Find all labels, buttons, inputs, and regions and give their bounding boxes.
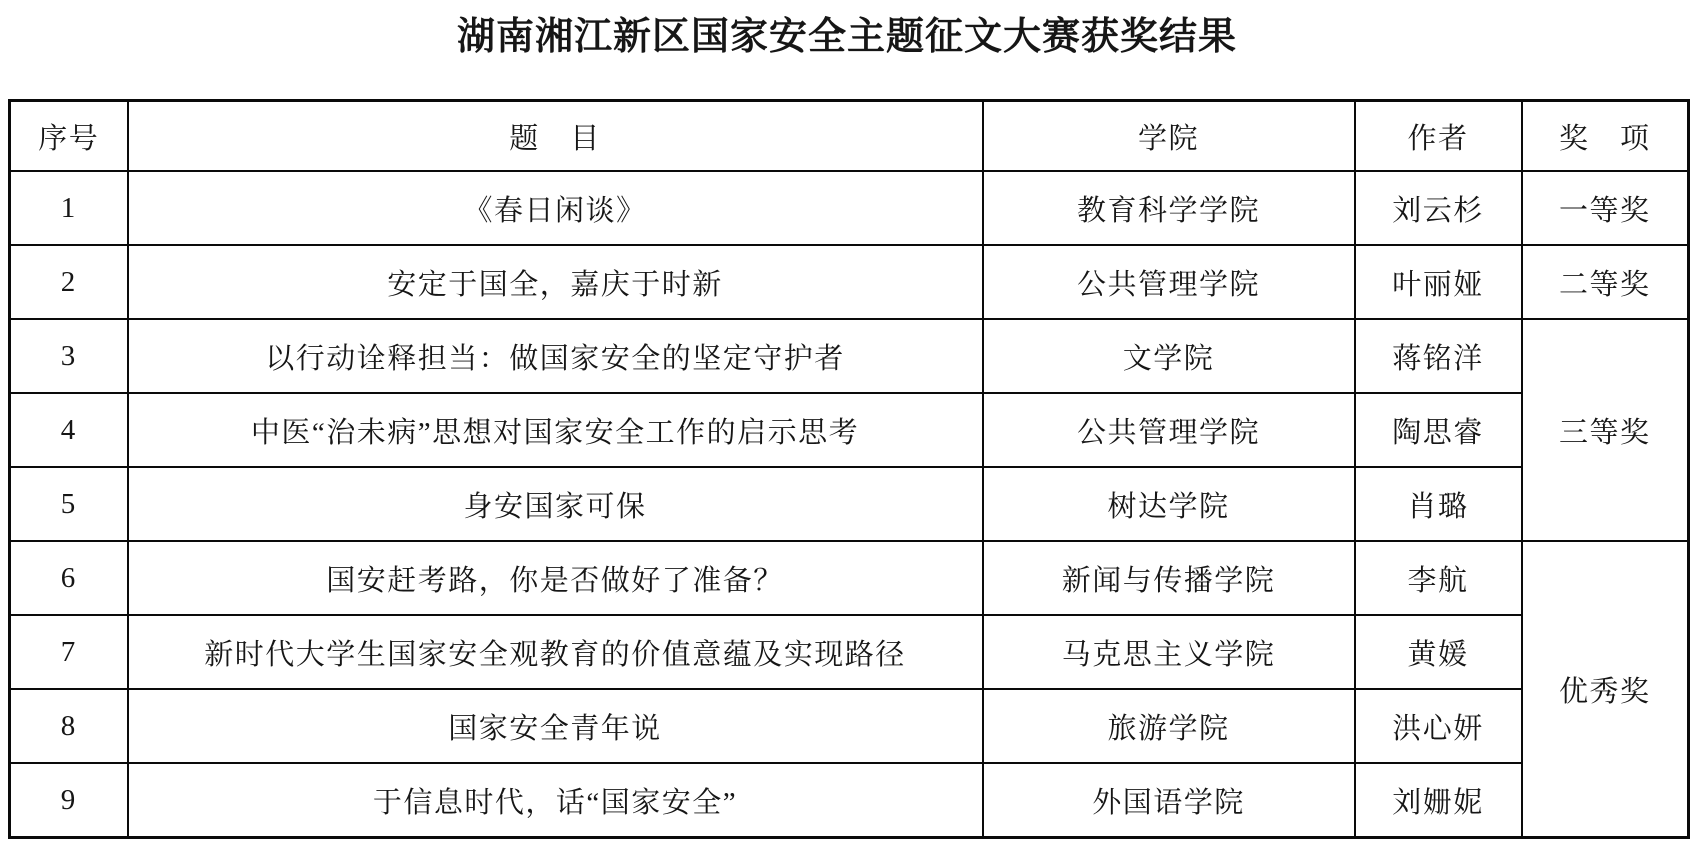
cell-no: 5	[10, 467, 128, 541]
cell-college: 新闻与传播学院	[983, 541, 1355, 615]
cell-no: 4	[10, 393, 128, 467]
cell-college: 公共管理学院	[983, 245, 1355, 319]
cell-award-merged: 优秀奖	[1522, 541, 1689, 838]
cell-title: 中医“治未病”思想对国家安全工作的启示思考	[128, 393, 983, 467]
cell-college: 文学院	[983, 319, 1355, 393]
cell-award: 二等奖	[1522, 245, 1689, 319]
cell-no: 2	[10, 245, 128, 319]
cell-title: 国安赶考路，你是否做好了准备？	[128, 541, 983, 615]
col-header-author: 作者	[1355, 101, 1522, 172]
table-row: 7 新时代大学生国家安全观教育的价值意蕴及实现路径 马克思主义学院 黄媛	[10, 615, 1689, 689]
cell-author: 肖璐	[1355, 467, 1522, 541]
cell-author: 蒋铭洋	[1355, 319, 1522, 393]
table-row: 9 于信息时代，话“国家安全” 外国语学院 刘姗妮	[10, 763, 1689, 838]
table-row: 8 国家安全青年说 旅游学院 洪心妍	[10, 689, 1689, 763]
cell-author: 黄媛	[1355, 615, 1522, 689]
cell-no: 9	[10, 763, 128, 838]
cell-author: 洪心妍	[1355, 689, 1522, 763]
cell-title: 以行动诠释担当：做国家安全的坚定守护者	[128, 319, 983, 393]
cell-college: 教育科学学院	[983, 171, 1355, 245]
cell-no: 3	[10, 319, 128, 393]
table-row: 3 以行动诠释担当：做国家安全的坚定守护者 文学院 蒋铭洋 三等奖	[10, 319, 1689, 393]
table-row: 6 国安赶考路，你是否做好了准备？ 新闻与传播学院 李航 优秀奖	[10, 541, 1689, 615]
table-row: 4 中医“治未病”思想对国家安全工作的启示思考 公共管理学院 陶思睿	[10, 393, 1689, 467]
col-header-college: 学院	[983, 101, 1355, 172]
cell-title: 国家安全青年说	[128, 689, 983, 763]
awards-table: 序号 题 目 学院 作者 奖 项 1 《春日闲谈》 教育科学学院 刘云杉 一等奖…	[8, 99, 1690, 839]
cell-college: 马克思主义学院	[983, 615, 1355, 689]
col-header-award: 奖 项	[1522, 101, 1689, 172]
col-header-no: 序号	[10, 101, 128, 172]
cell-college: 公共管理学院	[983, 393, 1355, 467]
cell-no: 8	[10, 689, 128, 763]
cell-college: 树达学院	[983, 467, 1355, 541]
cell-title: 身安国家可保	[128, 467, 983, 541]
cell-author: 李航	[1355, 541, 1522, 615]
cell-author: 叶丽娅	[1355, 245, 1522, 319]
cell-author: 刘云杉	[1355, 171, 1522, 245]
table-row: 2 安定于国全，嘉庆于时新 公共管理学院 叶丽娅 二等奖	[10, 245, 1689, 319]
cell-college: 旅游学院	[983, 689, 1355, 763]
table-row: 5 身安国家可保 树达学院 肖璐	[10, 467, 1689, 541]
table-row: 1 《春日闲谈》 教育科学学院 刘云杉 一等奖	[10, 171, 1689, 245]
document-title: 湖南湘江新区国家安全主题征文大赛获奖结果	[0, 12, 1694, 62]
cell-no: 1	[10, 171, 128, 245]
cell-author: 刘姗妮	[1355, 763, 1522, 838]
cell-no: 6	[10, 541, 128, 615]
document-page: 湖南湘江新区国家安全主题征文大赛获奖结果 序号 题 目 学院 作者 奖 项 1 …	[0, 0, 1694, 850]
cell-award-merged: 三等奖	[1522, 319, 1689, 541]
cell-award: 一等奖	[1522, 171, 1689, 245]
cell-title: 安定于国全，嘉庆于时新	[128, 245, 983, 319]
cell-title: 新时代大学生国家安全观教育的价值意蕴及实现路径	[128, 615, 983, 689]
cell-title: 于信息时代，话“国家安全”	[128, 763, 983, 838]
cell-college: 外国语学院	[983, 763, 1355, 838]
table-header-row: 序号 题 目 学院 作者 奖 项	[10, 101, 1689, 172]
col-header-title: 题 目	[128, 101, 983, 172]
cell-no: 7	[10, 615, 128, 689]
cell-title: 《春日闲谈》	[128, 171, 983, 245]
cell-author: 陶思睿	[1355, 393, 1522, 467]
